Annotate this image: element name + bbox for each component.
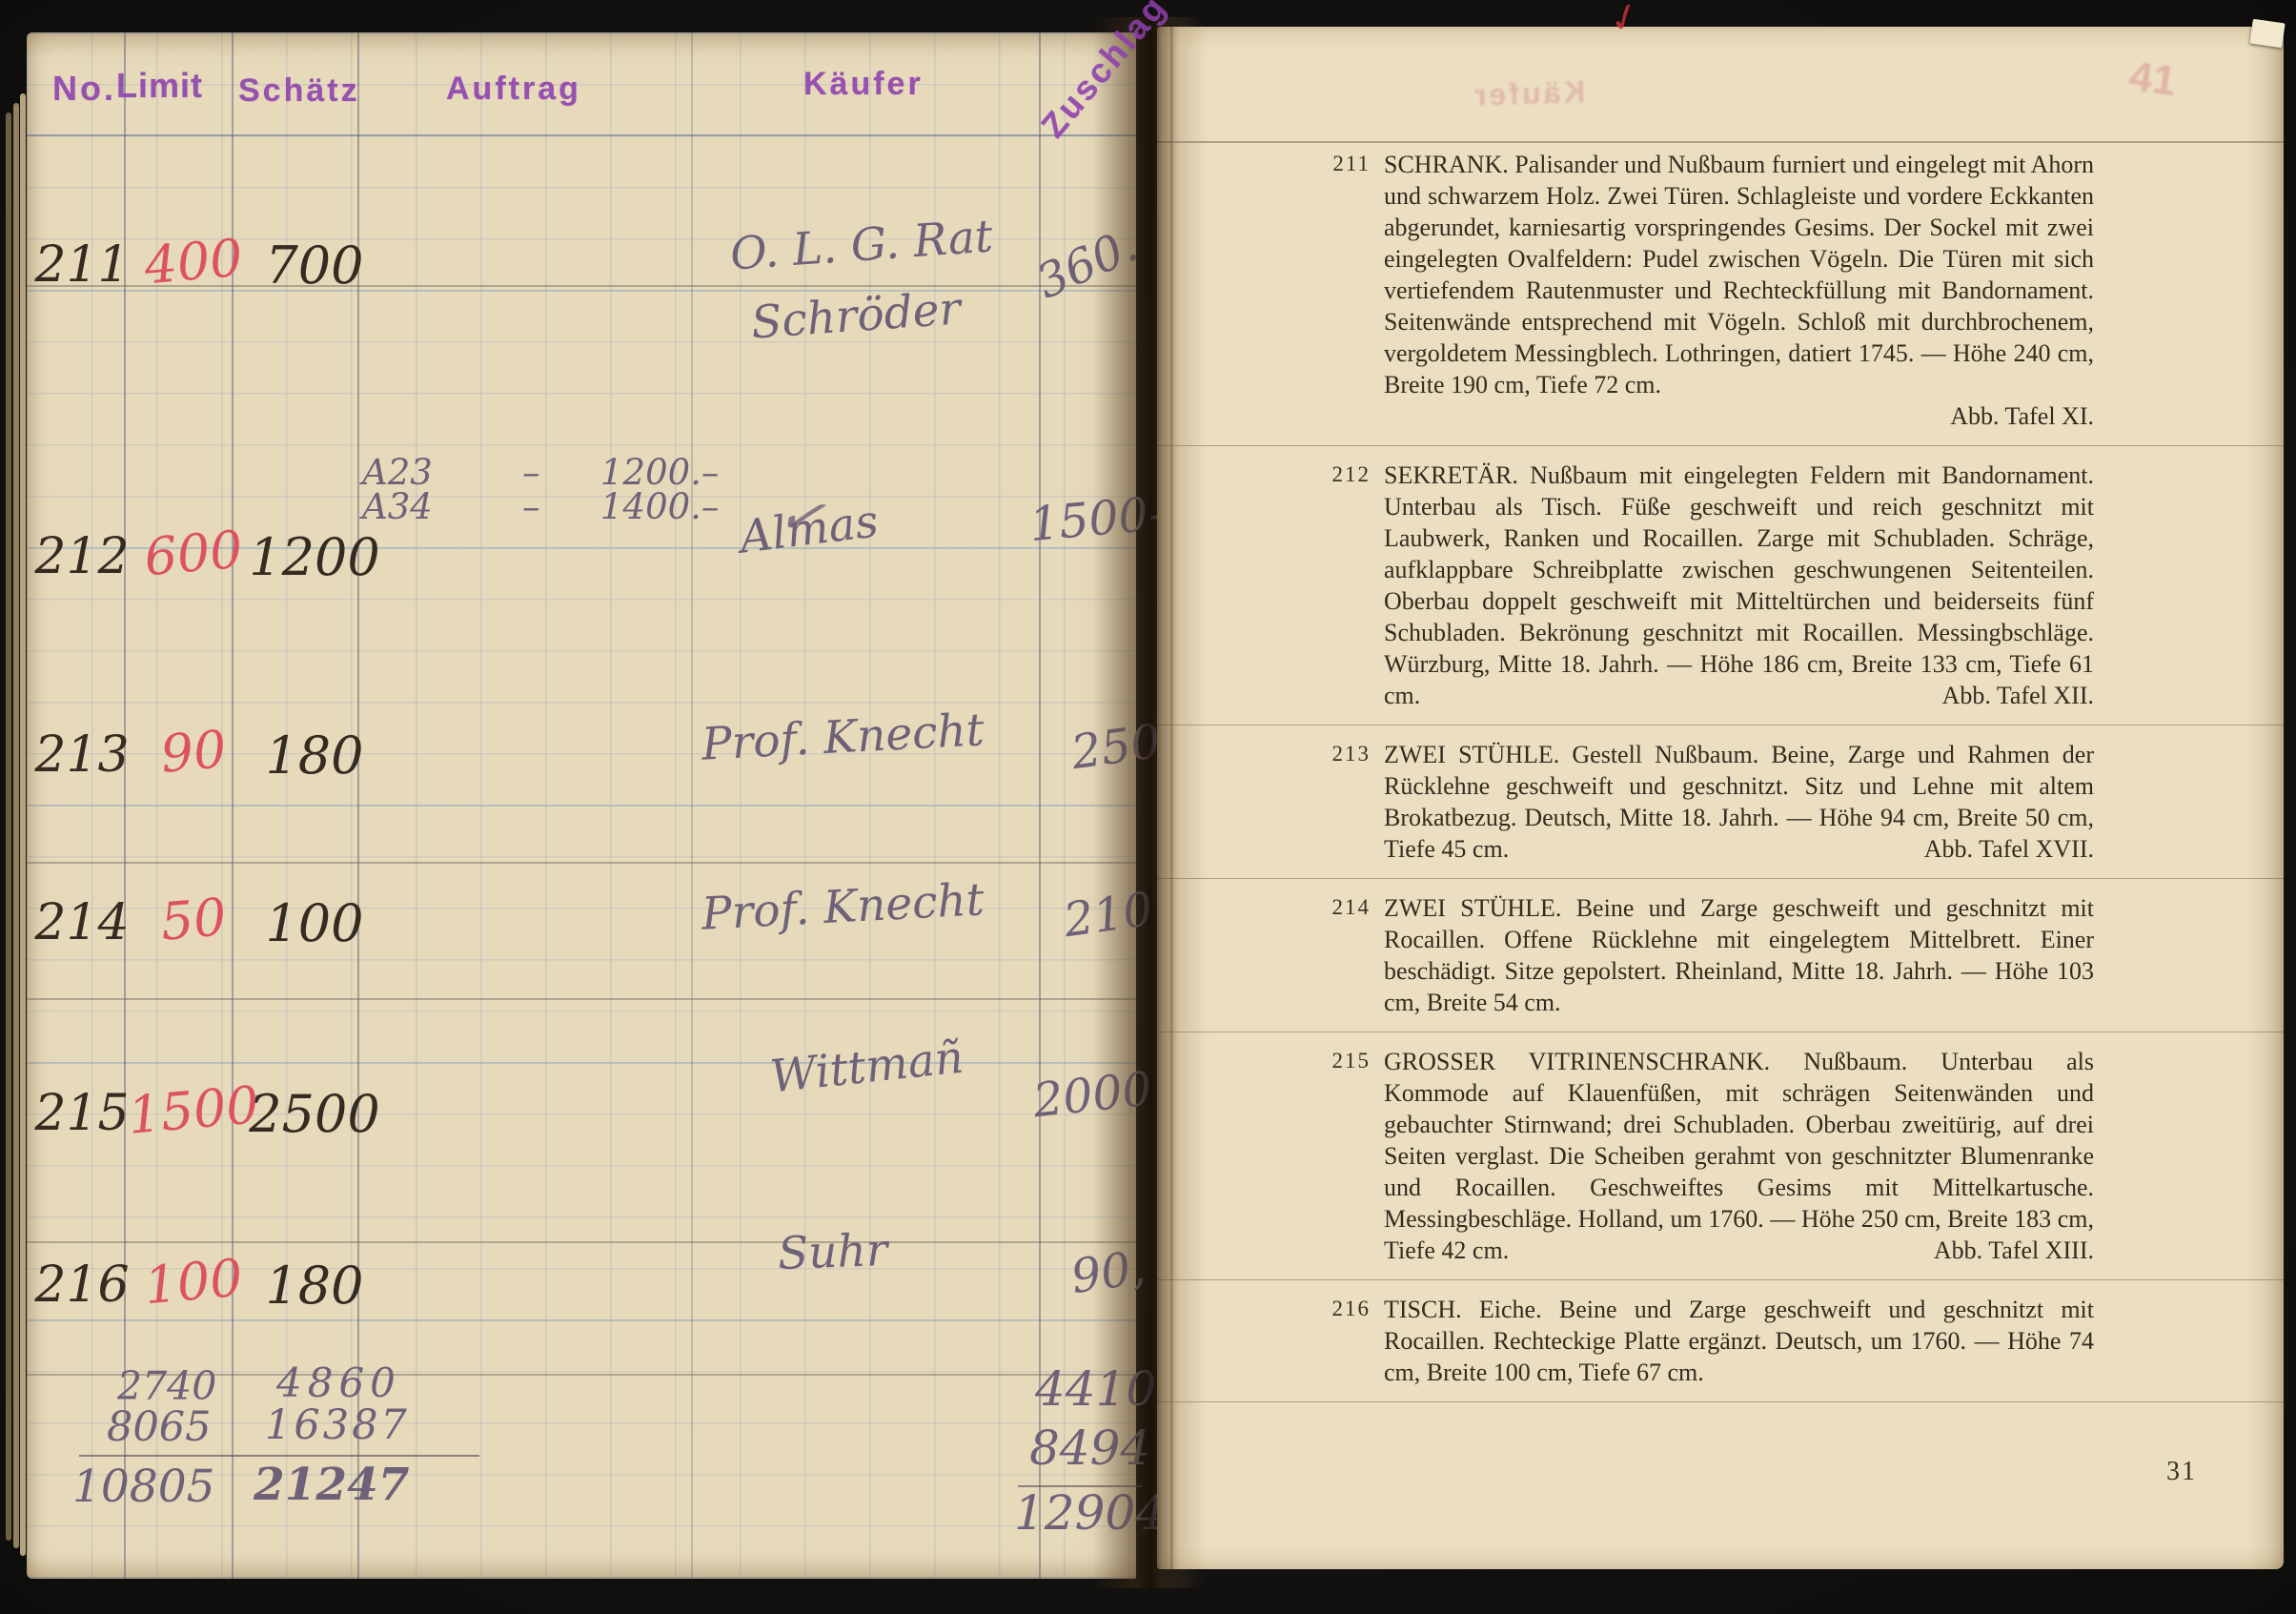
total-schaetz-total: 21247 xyxy=(254,1462,410,1507)
lot-text: GROSSER VITRINENSCHRANK. Nußbaum. Unterb… xyxy=(1384,1046,2094,1266)
lot-number: 214 xyxy=(1319,892,1371,920)
total-limit-sub: 2740 xyxy=(117,1367,216,1406)
page-corner xyxy=(2249,19,2285,48)
page-stack-edge xyxy=(20,93,26,1556)
entry-separator xyxy=(1157,725,2284,725)
plate-reference: Abb. Tafel XI. xyxy=(1384,400,2094,432)
ledger-page: No. Limit Schätz Auftrag Käufer 21140070… xyxy=(27,32,1136,1579)
cell-no-216: 216 xyxy=(34,1260,130,1310)
cell-schaetz-212: 1200 xyxy=(229,532,400,583)
lot-description: ZWEI STÜHLE. Beine und Zarge geschweift … xyxy=(1384,892,2094,1018)
header-no: No. xyxy=(52,69,116,109)
auftrag-dash-212: – xyxy=(522,455,540,490)
column-rule xyxy=(691,32,693,1579)
lot-description: GROSSER VITRINENSCHRANK. Nußbaum. Unterb… xyxy=(1384,1046,2094,1266)
cell-kaeufer-216: Suhr xyxy=(777,1228,888,1277)
entry-separator xyxy=(1157,445,2284,446)
cell-zuschlag-212: 1500- xyxy=(1027,490,1166,548)
cell-kaeufer-213: Prof. Knecht xyxy=(701,707,985,766)
total-limit-total: 10805 xyxy=(72,1464,215,1509)
cell-schaetz-213: 180 xyxy=(229,730,400,782)
lot-text: TISCH. Eiche. Beine und Zarge geschweift… xyxy=(1384,1294,2094,1388)
auftrag-code-212: A23 xyxy=(362,455,433,490)
book-scan: No. Limit Schätz Auftrag Käufer 21140070… xyxy=(0,0,2296,1614)
catalog-entry-215: 215GROSSER VITRINENSCHRANK. Nußbaum. Unt… xyxy=(1157,1046,2284,1266)
page-number: 31 xyxy=(2148,1457,2215,1487)
page-stack-edge xyxy=(6,112,11,1541)
ghost-stamp: 41 xyxy=(2126,52,2179,106)
entry-separator xyxy=(1157,878,2284,879)
lot-text: SCHRANK. Palisander und Nußbaum furniert… xyxy=(1384,149,2094,400)
cell-schaetz-214: 100 xyxy=(229,898,400,950)
row-separator xyxy=(27,1241,1136,1243)
header-limit: Limit xyxy=(116,66,203,106)
lot-text: ZWEI STÜHLE. Beine und Zarge geschweift … xyxy=(1384,892,2094,1018)
cell-schaetz-216: 180 xyxy=(229,1260,400,1312)
catalog-entry-211: 211SCHRANK. Palisander und Nußbaum furni… xyxy=(1157,149,2284,432)
total-zuschlag-sub: 4410 xyxy=(1035,1365,1156,1413)
cell-kaeufer-214: Prof. Knecht xyxy=(701,877,985,936)
auftrag-amount-212: 1200.– xyxy=(600,455,719,490)
cell-kaeufer-211: Schröder xyxy=(750,286,963,345)
lot-description: TISCH. Eiche. Beine und Zarge geschweift… xyxy=(1384,1294,2094,1388)
cell-zuschlag-211: 360. xyxy=(1030,221,1145,306)
ghost-stamp: Käufer xyxy=(1471,74,1586,113)
cell-no-212: 212 xyxy=(34,532,130,582)
lot-number: 213 xyxy=(1319,739,1371,766)
auftrag-code-212: A34 xyxy=(362,489,433,524)
cell-zuschlag-215: 2000 xyxy=(1031,1066,1154,1125)
top-rule xyxy=(1157,141,2284,143)
row-separator xyxy=(27,862,1136,864)
catalog-entry-214: 214ZWEI STÜHLE. Beine und Zarge geschwei… xyxy=(1157,892,2284,1018)
header-schaetz: Schätz xyxy=(238,72,360,110)
entry-separator xyxy=(1157,1401,2284,1402)
cell-kaeufer-215: Wittmañ xyxy=(768,1035,965,1100)
lot-description: ZWEI STÜHLE. Gestell Nußbaum. Beine, Zar… xyxy=(1384,739,2094,865)
row-separator xyxy=(27,998,1136,1000)
lot-text: SEKRETÄR. Nußbaum mit eingelegten Felder… xyxy=(1384,460,2094,711)
total-limit-carry: 8065 xyxy=(107,1407,211,1448)
cell-zuschlag-214: 210. xyxy=(1061,884,1170,945)
lot-number: 212 xyxy=(1319,460,1371,487)
totals-rule xyxy=(79,1455,479,1457)
auftrag-dash-212: – xyxy=(522,489,540,524)
lot-description: SEKRETÄR. Nußbaum mit eingelegten Felder… xyxy=(1384,460,2094,711)
cell-zuschlag-216: 90, xyxy=(1068,1244,1148,1300)
entry-separator xyxy=(1157,1279,2284,1280)
cell-kaeufer-211: O. L. G. Rat xyxy=(729,214,994,276)
entry-separator xyxy=(1157,1032,2284,1032)
lot-description: SCHRANK. Palisander und Nußbaum furniert… xyxy=(1384,149,2094,432)
catalog-entries: 211SCHRANK. Palisander und Nußbaum furni… xyxy=(1157,149,2284,1416)
catalog-entry-212: 212SEKRETÄR. Nußbaum mit eingelegten Fel… xyxy=(1157,460,2284,711)
cell-no-215: 215 xyxy=(34,1089,130,1138)
total-zuschlag-carry: 8494 xyxy=(1029,1424,1150,1472)
lot-number: 216 xyxy=(1319,1294,1371,1321)
row-separator xyxy=(27,134,1136,136)
header-kaeufer: Käufer xyxy=(803,66,924,103)
page-stack-edge xyxy=(13,103,19,1548)
cell-no-211: 211 xyxy=(34,240,130,290)
plate-reference: Abb. Tafel XII. xyxy=(1384,680,2094,711)
catalog-entry-213: 213ZWEI STÜHLE. Gestell Nußbaum. Beine, … xyxy=(1157,739,2284,865)
cell-schaetz-211: 700 xyxy=(229,240,400,292)
catalog-page: Käufer 41 211SCHRANK. Palisander und Nuß… xyxy=(1157,27,2284,1569)
cell-no-213: 213 xyxy=(34,730,130,780)
catalog-entry-216: 216TISCH. Eiche. Beine und Zarge geschwe… xyxy=(1157,1294,2284,1388)
auftrag-amount-212: 1400.– xyxy=(600,489,719,524)
cell-schaetz-215: 2500 xyxy=(229,1089,400,1140)
lot-number: 211 xyxy=(1319,149,1371,176)
total-schaetz-sub: 4860 xyxy=(276,1363,401,1403)
header-auftrag: Auftrag xyxy=(446,71,581,108)
total-schaetz-carry: 16387 xyxy=(265,1405,410,1446)
lot-number: 215 xyxy=(1319,1046,1371,1073)
cell-no-214: 214 xyxy=(34,898,130,948)
total-zuschlag-total: 12904 xyxy=(1014,1489,1166,1537)
